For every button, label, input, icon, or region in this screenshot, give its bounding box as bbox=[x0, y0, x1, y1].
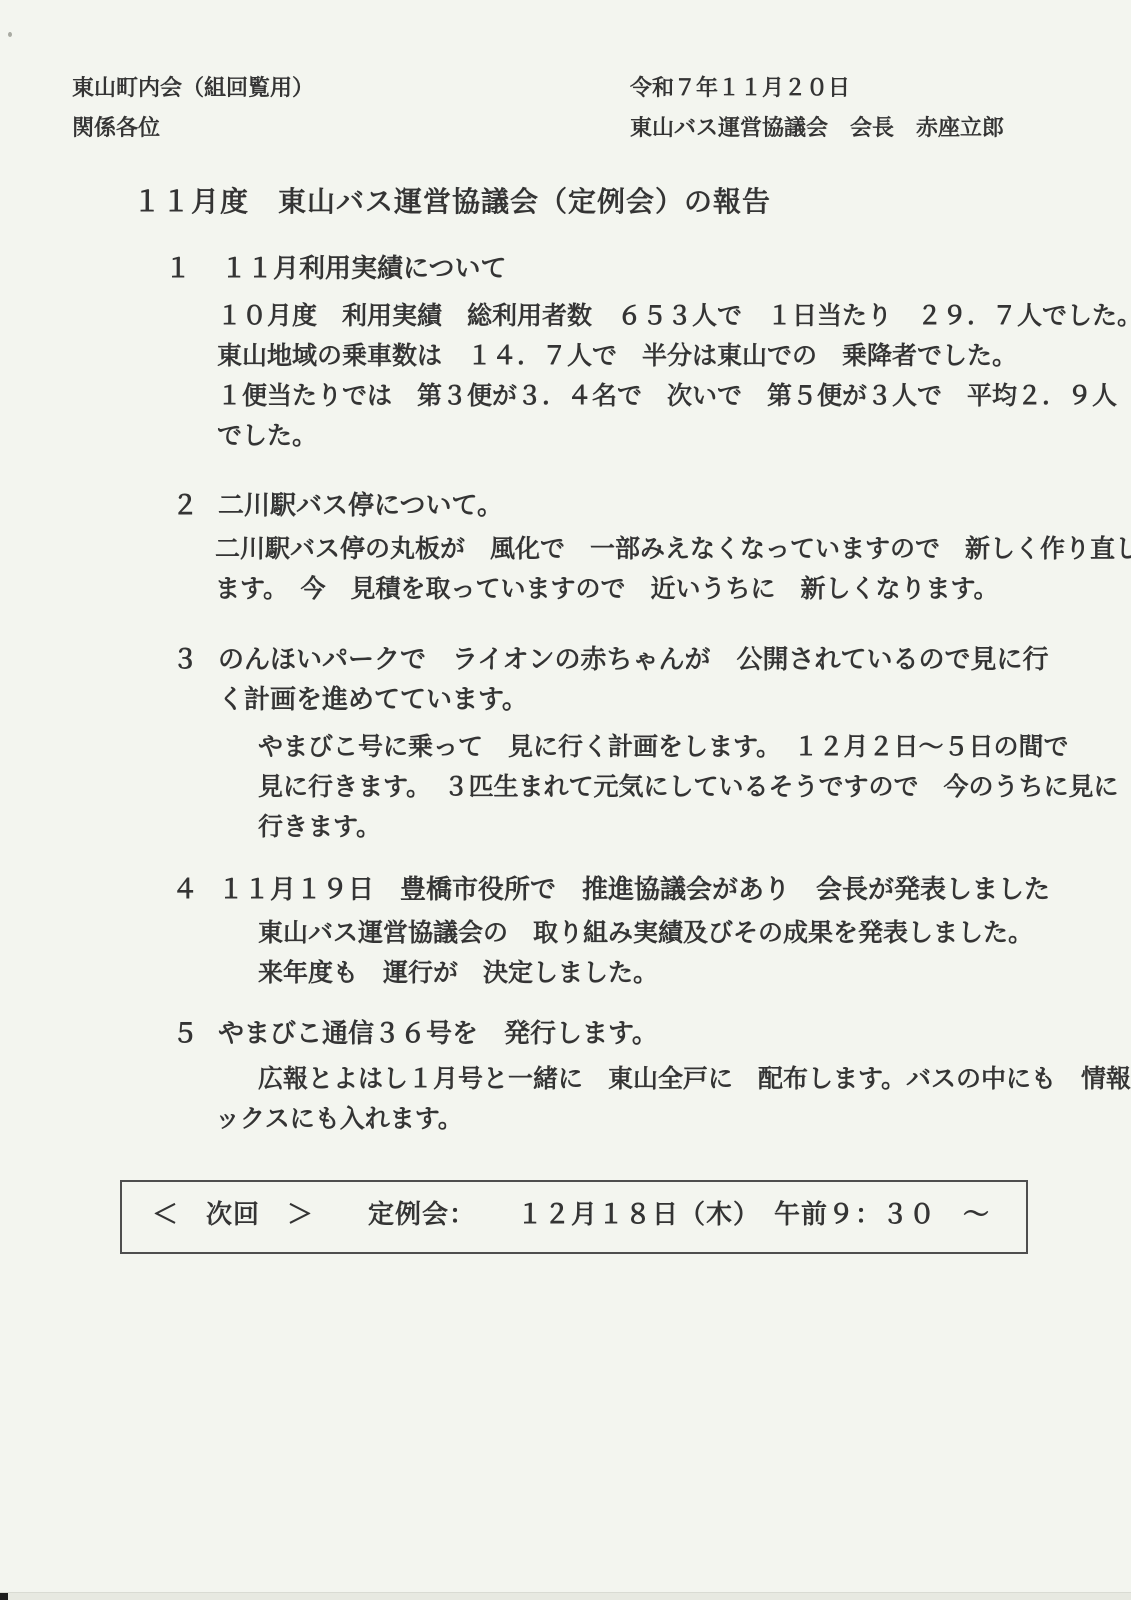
section-2-body-line: ます。 今 見積を取っていますので 近いうちに 新しくなります。 bbox=[215, 569, 1131, 609]
sender-name: 東山バス運営協議会 会長 赤座立郎 bbox=[630, 108, 1091, 148]
scan-bottom-corner-mark bbox=[0, 1593, 8, 1600]
addressee-line-2: 関係各位 bbox=[72, 108, 630, 148]
section-1-heading-line: １１月利用実績について bbox=[221, 253, 506, 283]
next-meeting-box: ＜ 次回 ＞ 定例会： １２月１８日（木） 午前９：３０ ～ bbox=[120, 1180, 1028, 1254]
section-2-number: ２ bbox=[172, 485, 218, 525]
section-3-heading-line: く計画を進めてています。 bbox=[218, 679, 1048, 719]
document-date: 令和７年１１月２０日 bbox=[630, 68, 1091, 108]
section-4-body: 東山バス運営協議会の 取り組み実績及びその成果を発表しました。 来年度も 運行が… bbox=[258, 913, 1050, 993]
section-3-body-line: 行きます。 bbox=[258, 807, 1119, 847]
section-1-body-line: １０月度 利用実績 総利用者数 ６５３人で １日当たり ２９．７人でした。 bbox=[217, 296, 1131, 336]
section-2: ２ 二川駅バス停について。 二川駅バス停の丸板が 風化で 一部みえなくなっていま… bbox=[172, 485, 1131, 609]
section-5-number: ５ bbox=[172, 1013, 218, 1053]
scanned-document-page: 東山町内会（組回覧用） 関係各位 令和７年１１月２０日 東山バス運営協議会 会長… bbox=[0, 0, 1131, 1600]
section-1-body-line: 東山地域の乗車数は １４．７人で 半分は東山での 乗降者でした。 bbox=[217, 336, 1131, 376]
section-2-body-line: 二川駅バス停の丸板が 風化で 一部みえなくなっていますので 新しく作り直し bbox=[215, 529, 1131, 569]
section-1-body: １０月度 利用実績 総利用者数 ６５３人で １日当たり ２９．７人でした。 東山… bbox=[217, 296, 1131, 456]
section-5-heading-text: やまびこ通信３６号を 発行します。 bbox=[218, 1013, 658, 1053]
header-addressee-block: 東山町内会（組回覧用） 関係各位 bbox=[72, 68, 630, 148]
section-3-body: やまびこ号に乗って 見に行く計画をします。 １２月２日～５日の間で 見に行きます… bbox=[258, 727, 1119, 847]
section-1-body-line: でした。 bbox=[217, 416, 1131, 456]
section-1-heading-text: １１月利用実績について bbox=[221, 248, 506, 288]
section-5-heading-line: やまびこ通信３６号を 発行します。 bbox=[218, 1018, 658, 1048]
section-5-body-line: ックスにも入れます。 bbox=[215, 1099, 1131, 1139]
section-5-body: 広報とよはし１月号と一緒に 東山全戸に 配布します。バスの中にも 情報ボ ックス… bbox=[172, 1059, 1131, 1139]
section-4: ４ １１月１９日 豊橋市役所で 推進協議会があり 会長が発表しました 東山バス運… bbox=[172, 869, 1050, 993]
section-3-number: ３ bbox=[172, 639, 218, 679]
section-2-heading: ２ 二川駅バス停について。 bbox=[172, 485, 1131, 525]
section-5-heading: ５ やまびこ通信３６号を 発行します。 bbox=[172, 1013, 1131, 1053]
section-4-body-line: 東山バス運営協議会の 取り組み実績及びその成果を発表しました。 bbox=[258, 913, 1050, 953]
section-2-heading-text: 二川駅バス停について。 bbox=[218, 485, 503, 525]
section-4-heading: ４ １１月１９日 豊橋市役所で 推進協議会があり 会長が発表しました bbox=[172, 869, 1050, 909]
next-meeting-text: ＜ 次回 ＞ 定例会： １２月１８日（木） 午前９：３０ ～ bbox=[122, 1182, 1026, 1231]
section-5-body-line: 広報とよはし１月号と一緒に 東山全戸に 配布します。バスの中にも 情報ボ bbox=[258, 1059, 1131, 1099]
section-2-body: 二川駅バス停の丸板が 風化で 一部みえなくなっていますので 新しく作り直し ます… bbox=[215, 529, 1131, 609]
section-1-number: １ bbox=[165, 248, 221, 288]
section-4-body-line: 来年度も 運行が 決定しました。 bbox=[258, 953, 1050, 993]
section-5: ５ やまびこ通信３６号を 発行します。 広報とよはし１月号と一緒に 東山全戸に … bbox=[172, 1013, 1131, 1139]
section-1-body-line: １便当たりでは 第３便が３．４名で 次いで 第５便が３人で 平均２．９人 bbox=[217, 376, 1131, 416]
page-title: １１月度 東山バス運営協議会（定例会）の報告 bbox=[133, 180, 771, 220]
section-3-heading: ３ のんほいパークで ライオンの赤ちゃんが 公開されているので見に行 く計画を進… bbox=[172, 639, 1119, 719]
header-sender-block: 令和７年１１月２０日 東山バス運営協議会 会長 赤座立郎 bbox=[630, 68, 1091, 148]
section-1-heading: １ １１月利用実績について bbox=[165, 248, 1131, 288]
section-4-heading-text: １１月１９日 豊橋市役所で 推進協議会があり 会長が発表しました bbox=[218, 869, 1050, 909]
section-3-body-line: やまびこ号に乗って 見に行く計画をします。 １２月２日～５日の間で bbox=[258, 727, 1119, 767]
section-3-body-line: 見に行きます。 ３匹生まれて元気にしているそうですので 今のうちに見に bbox=[258, 767, 1119, 807]
section-2-heading-line: 二川駅バス停について。 bbox=[218, 490, 503, 520]
section-3: ３ のんほいパークで ライオンの赤ちゃんが 公開されているので見に行 く計画を進… bbox=[172, 639, 1119, 847]
section-4-heading-line: １１月１９日 豊橋市役所で 推進協議会があり 会長が発表しました bbox=[218, 874, 1050, 904]
section-4-number: ４ bbox=[172, 869, 218, 909]
section-1: １ １１月利用実績について １０月度 利用実績 総利用者数 ６５３人で １日当た… bbox=[165, 248, 1131, 456]
scan-speck bbox=[8, 32, 12, 37]
addressee-line-1: 東山町内会（組回覧用） bbox=[72, 68, 630, 108]
section-3-heading-line: のんほいパークで ライオンの赤ちゃんが 公開されているので見に行 bbox=[218, 639, 1048, 679]
scan-bottom-edge bbox=[0, 1592, 1131, 1600]
document-header: 東山町内会（組回覧用） 関係各位 令和７年１１月２０日 東山バス運営協議会 会長… bbox=[72, 68, 1091, 148]
section-3-heading-text: のんほいパークで ライオンの赤ちゃんが 公開されているので見に行 く計画を進めて… bbox=[218, 639, 1048, 719]
